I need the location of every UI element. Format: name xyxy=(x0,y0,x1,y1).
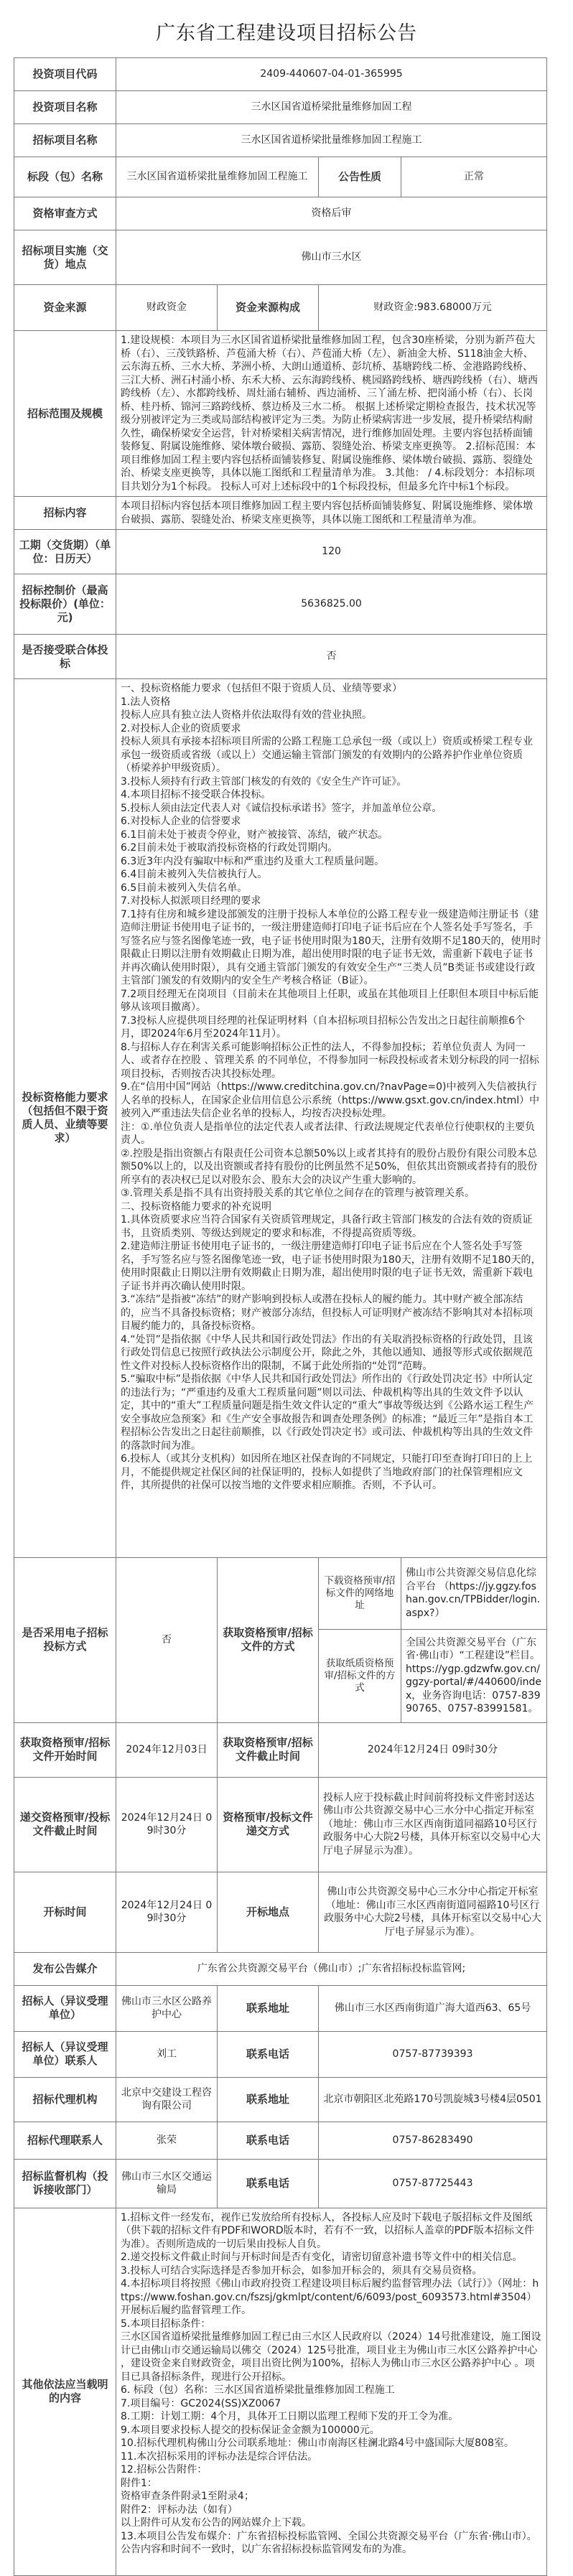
row-consortium: 是否接受联合体投标 否 xyxy=(14,635,547,679)
qualification-line: 3.投标人须持有行政主管部门核发的有效的《安全生产许可证》。 xyxy=(121,775,542,789)
label-supervisor-phone: 联系电话 xyxy=(218,2159,319,2208)
qualification-line: 投标人须具有承接本招标项目所需的公路工程施工总承包一级（或以上）资质或桥梁工程专… xyxy=(121,735,542,775)
row-project-code: 投资项目代码 2409-440607-04-01-365995 xyxy=(14,58,547,91)
label-paper-docs: 获取纸质资格预审/招标文件的方式 xyxy=(319,1629,401,1722)
qualification-line: 5.“骗取中标”是指依据《中华人民共和国行政处罚法》所作出的《行政处罚决定书》中… xyxy=(121,1373,542,1452)
qualification-line: 6.对投标人企业的信誉要求 xyxy=(121,815,542,829)
other-line: 13.本项目公告发布媒介：广东省招标投标监管网、全国公共资源交易平台（广东省·佛… xyxy=(121,2530,542,2544)
value-section: 三水区国省道桥梁批量维修加固工程施工 xyxy=(116,157,319,197)
other-line: 附件1： xyxy=(121,2477,542,2491)
row-qualification: 投标资格能力要求（包括但不限于资质人员、业绩等要求） 一、投标资格能力要求（包括… xyxy=(14,679,547,1558)
label-funding: 资金来源 xyxy=(14,285,116,331)
label-agency-address: 联系地址 xyxy=(218,2077,319,2122)
row-tenderer: 招标人（异议受理单位） 佛山市三水区公路养护中心 联系地址 佛山市三水区西南街道… xyxy=(14,1985,547,2031)
qualification-line: 一、投标资格能力要求（包括但不限于资质人员、业绩等要求） xyxy=(121,682,542,696)
row-section: 标段（包）名称 三水区国省道桥梁批量维修加固工程施工 公告性质 正常 xyxy=(14,157,547,197)
label-funding-composition: 资金来源构成 xyxy=(218,285,319,331)
label-tender-name: 招标项目名称 xyxy=(14,124,116,157)
notice-table: 投资项目代码 2409-440607-04-01-365995 投资项目名称 三… xyxy=(14,57,547,2576)
qualification-line: 3.“冻结”是指被“冻结”的财产影响到投标人或潜在投标人的履约能力。其中财产被全… xyxy=(121,1293,542,1333)
other-line: 9.本项目要求投标人提交的投标保证金金额为100000元。 xyxy=(121,2424,542,2437)
value-agency-contact: 张荣 xyxy=(116,2122,218,2159)
qualification-line: 注：①.单位负责人是指单位的法定代表人或者法律、行政法规规定代表单位行使职权的主… xyxy=(121,1121,542,1147)
qualification-line: 二、投标资格能力要求的补充说明 xyxy=(121,1200,542,1214)
page-title: 广东省工程建设项目招标公告 xyxy=(0,0,573,57)
value-review: 资格后审 xyxy=(116,197,547,230)
row-scope: 招标范围及规模 1.建设规模：本项目为三水区国省道桥梁批量维修加固工程，包含30… xyxy=(14,331,547,497)
value-qualification: 一、投标资格能力要求（包括但不限于资质人员、业绩等要求） 1.法人资格 投标人应… xyxy=(116,679,547,1558)
qualification-line: 7.2项目经理无在岗项目（目前未在其他项目上任职，或虽在其他项目上任职但本项目中… xyxy=(121,988,542,1014)
label-agency: 招标代理机构 xyxy=(14,2077,116,2122)
qualification-line: 6.3近3年内没有骗取中标和严重违约及重大工程质量问题。 xyxy=(121,855,542,869)
value-funding: 财政资金 xyxy=(116,285,218,331)
qualification-line: 8.与招标人存在利害关系可能影响招标公正性的法人，不得参加投标；若单位负责人 为… xyxy=(121,1041,542,1081)
qualification-line: 4.“处罚”是指依据《中华人民共和国行政处罚法》作出的有关取消投标资格的行政处罚… xyxy=(121,1333,542,1373)
row-opening: 开标时间 2024年12月24日 09时30分 开标地点 佛山市公共资源交易中心… xyxy=(14,1872,547,1952)
label-content: 招标内容 xyxy=(14,497,116,530)
other-line: 以上附件可从发布公告的网站媒介上下载。 xyxy=(121,2516,542,2530)
row-duration: 工期（交货期）（单位：日历天） 120 xyxy=(14,530,547,574)
value-other: 1.招标文件一经发布，视作已发放给所有投标人，各投标人应及时下载电子版招标文件及… xyxy=(116,2208,547,2575)
row-invest-name: 投资项目名称 三水区国省道桥梁批量维修加固工程 xyxy=(14,91,547,124)
value-invest-name: 三水区国省道桥梁批量维修加固工程 xyxy=(116,91,547,124)
label-obtain-method: 获取资格预审/招标文件的方式 xyxy=(218,1557,319,1722)
other-line: 10.招标代理机构佛山分公司联系地址：佛山市南海区桂澜北路4号中盛国际大厦808… xyxy=(121,2437,542,2450)
label-agency-contact: 招标代理联系人 xyxy=(14,2122,116,2159)
qualification-line: 6.投标人（或其分支机构）如因所在地区社保查询的不同规定，只能打印至查询打印日的… xyxy=(121,1452,542,1493)
row-funding: 资金来源 财政资金 资金来源构成 财政资金:983.68000万元 xyxy=(14,285,547,331)
row-content: 招标内容 本项目招标内容包括本项目维修加固工程主要内容包括桥面铺装修复、附属设施… xyxy=(14,497,547,530)
value-download-url[interactable]: 佛山市公共资源交易信息化综合平台 （https://jy.ggzy.foshan… xyxy=(401,1557,547,1629)
value-submit-method: 投标人应于投标截止时间前将投标文件密封送达佛山市公共资源交易中心三水分中心指定开… xyxy=(319,1777,547,1872)
qualification-line: 4.本项目招标不接受联合体投标。 xyxy=(121,788,542,802)
other-line: 1.招标文件一经发布，视作已发放给所有投标人，各投标人应及时下载电子版招标文件及… xyxy=(121,2211,542,2251)
value-supervisor: 佛山市三水区交通运输局 xyxy=(116,2159,218,2208)
other-line: 6. 标段（包）名称：三水区国省道桥梁批量维修加固工程施工 xyxy=(121,2384,542,2397)
row-electronic: 是否采用电子招标投标方式 否 获取资格预审/招标文件的方式 下载资格预审/招标文… xyxy=(14,1557,547,1629)
qualification-line: 1.法人资格 xyxy=(121,696,542,709)
qualification-line: 7.3投标人应提供项目经理的社保证明材料（自本招标项目招标公告发出之日起往前顺推… xyxy=(121,1014,542,1041)
label-qualification: 投标资格能力要求（包括但不限于资质人员、业绩等要求） xyxy=(14,679,116,1558)
other-line: 三水区国省道桥梁批量维修加固工程已由三水区人民政府以（2024）14号批准建设，… xyxy=(121,2330,542,2384)
row-other: 其他依法应当载明的内容 1.招标文件一经发布，视作已发放给所有投标人，各投标人应… xyxy=(14,2208,547,2575)
label-invest-name: 投资项目名称 xyxy=(14,91,116,124)
other-line: 12.招标公告附件： xyxy=(121,2463,542,2477)
label-tenderer: 招标人（异议受理单位） xyxy=(14,1985,116,2031)
row-obtain-time: 获取资格预审/招标文件开始时间 2024年12月03日 获取资格预审/招标文件截… xyxy=(14,1722,547,1777)
other-line: 8.工期：计划工期：4个月，具体开工日期以监理工程师下发的开工令为准。 xyxy=(121,2410,542,2424)
label-supervisor: 招标监督机构（投诉接收部门） xyxy=(14,2159,116,2208)
value-content: 本项目招标内容包括本项目维修加固工程主要内容包括桥面铺装修复、附属设施维修、梁体… xyxy=(116,497,547,530)
other-line: 11.本次招标采用的评标办法是综合评估法。 xyxy=(121,2450,542,2464)
label-tenderer-phone: 联系电话 xyxy=(218,2031,319,2077)
label-opening-place: 开标地点 xyxy=(218,1872,319,1952)
value-notice-nature: 正常 xyxy=(401,157,547,197)
other-line: 公告内容和时间不一致时，以广东省招标投标监管网发布的为准。 xyxy=(121,2543,542,2557)
row-agency: 招标代理机构 北京中交建设工程咨询有限公司 联系地址 北京市朝阳区北苑路170号… xyxy=(14,2077,547,2122)
label-duration: 工期（交货期）（单位：日历天） xyxy=(14,530,116,574)
qualification-line: ②.控股是指出资额占有限责任公司资本总额50%以上或者其持有的股份占股份有限公司… xyxy=(121,1147,542,1187)
value-agency-address: 北京市朝阳区北苑路170号凯旋城3号楼4层0501 xyxy=(319,2077,547,2122)
row-review: 资格审查方式 资格后审 xyxy=(14,197,547,230)
value-scope: 1.建设规模：本项目为三水区国省道桥梁批量维修加固工程，包含30座桥梁，分别为新… xyxy=(116,331,547,497)
qualification-line: 2.对投标人企业的资质要求 xyxy=(121,722,542,736)
value-paper-docs[interactable]: 全国公共资源交易平台（广东省·佛山市）“工程建设”栏目。https://ygp.… xyxy=(401,1629,547,1722)
other-line: 4.本招标项目将按照《佛山市政府投资工程建设项目标后履约监督管理办法（试行）》（… xyxy=(121,2277,542,2318)
label-other: 其他依法应当载明的内容 xyxy=(14,2208,116,2575)
label-media: 发布公告媒介 xyxy=(14,1952,116,1985)
qualification-line: 6.2目前未处于被取消投标资格的行政处罚期内。 xyxy=(121,841,542,855)
qualification-line: 投标人应具有独立法人资格并依法取得有效的营业执照。 xyxy=(121,709,542,722)
label-obtain-start: 获取资格预审/招标文件开始时间 xyxy=(14,1722,116,1777)
qualification-line: 5.投标人须由法定代表人对《诚信投标承诺书》签字，并加盖单位公章。 xyxy=(121,802,542,816)
other-line: 附件2：评标办法（如有） xyxy=(121,2503,542,2517)
value-agency: 北京中交建设工程咨询有限公司 xyxy=(116,2077,218,2122)
label-submit-method: 资格预审/投标文件递交方式 xyxy=(218,1777,319,1872)
value-submit-deadline: 2024年12月24日 09时30分 xyxy=(116,1777,218,1872)
value-supervisor-phone: 0757-87725443 xyxy=(319,2159,547,2208)
value-tender-name: 三水区国省道桥梁批量维修加固工程施工 xyxy=(116,124,547,157)
label-price-cap: 招标控制价（最高投标限价）(单位：元) xyxy=(14,574,116,635)
label-notice-nature: 公告性质 xyxy=(319,157,401,197)
label-project-code: 投资项目代码 xyxy=(14,58,116,91)
value-media: 广东省公共资源交易平台（佛山市）;广东省招标投标监管网; xyxy=(116,1952,547,1985)
label-agency-phone: 联系电话 xyxy=(218,2122,319,2159)
value-electronic: 否 xyxy=(116,1557,218,1722)
value-duration: 120 xyxy=(116,530,547,574)
label-tenderer-address: 联系地址 xyxy=(218,1985,319,2031)
value-obtain-end: 2024年12月24日 09时30分 xyxy=(319,1722,547,1777)
value-opening-place: 佛山市公共资源交易中心三水分中心指定开标室（地址：佛山市三水区西南街道同福路10… xyxy=(319,1872,547,1952)
qualification-line: 6.4目前未被列入失信被执行人。 xyxy=(121,868,542,882)
label-obtain-end: 获取资格预审/招标文件截止时间 xyxy=(218,1722,319,1777)
label-opening-time: 开标时间 xyxy=(14,1872,116,1952)
label-submit-deadline: 递交资格预审/投标文件截止时间 xyxy=(14,1777,116,1872)
qualification-line: 2.建造师注册证书使用电子证书的，一级注册建造师打印电子证书后应在个人签名处手写… xyxy=(121,1240,542,1293)
label-download-url: 下载资格预审/招标文件的网络地址 xyxy=(319,1557,401,1629)
other-line: 资格审查条件附录1至附录4； xyxy=(121,2490,542,2503)
row-location: 招标项目实施（交货）地点 佛山市三水区 xyxy=(14,230,547,285)
label-tenderer-contact: 招标人（异议受理单位）联系人 xyxy=(14,2031,116,2077)
qualification-line: 6.1目前未处于被责令停业，财产被接管、冻结，破产状态。 xyxy=(121,829,542,842)
qualification-line: 6.5目前未被列入失信名单。 xyxy=(121,882,542,895)
row-submit: 递交资格预审/投标文件截止时间 2024年12月24日 09时30分 资格预审/… xyxy=(14,1777,547,1872)
row-media: 发布公告媒介 广东省公共资源交易平台（佛山市）;广东省招标投标监管网; xyxy=(14,1952,547,1985)
other-line: 5.本项目招标条件： xyxy=(121,2318,542,2331)
label-section: 标段（包）名称 xyxy=(14,157,116,197)
label-scope: 招标范围及规模 xyxy=(14,331,116,497)
qualification-line: 9.在“信用中国”网站（https://www.creditchina.gov.… xyxy=(121,1081,542,1121)
value-tenderer-contact: 刘工 xyxy=(116,2031,218,2077)
row-tenderer-contact: 招标人（异议受理单位）联系人 刘工 联系电话 0757-87739393 xyxy=(14,2031,547,2077)
label-review: 资格审查方式 xyxy=(14,197,116,230)
value-price-cap: 5636825.00 xyxy=(116,574,547,635)
value-obtain-start: 2024年12月03日 xyxy=(116,1722,218,1777)
row-agency-contact: 招标代理联系人 张荣 联系电话 0757-86283490 xyxy=(14,2122,547,2159)
value-tenderer-phone: 0757-87739393 xyxy=(319,2031,547,2077)
label-location: 招标项目实施（交货）地点 xyxy=(14,230,116,285)
other-line: 2.递交投标文件截止时间与开标时间是否有变化，请密切留意补遗书等文件中的相关信息… xyxy=(121,2251,542,2264)
label-consortium: 是否接受联合体投标 xyxy=(14,635,116,679)
other-line: 7.项目编号：GC2024(SS)XZ0067 xyxy=(121,2397,542,2411)
qualification-line: ③.管理关系是指不具有出资持股关系的其它单位之间存在的管理与被管理关系。 xyxy=(121,1187,542,1200)
row-supervisor: 招标监督机构（投诉接收部门） 佛山市三水区交通运输局 联系电话 0757-877… xyxy=(14,2159,547,2208)
value-project-code: 2409-440607-04-01-365995 xyxy=(116,58,547,91)
value-agency-phone: 0757-86283490 xyxy=(319,2122,547,2159)
row-price-cap: 招标控制价（最高投标限价）(单位：元) 5636825.00 xyxy=(14,574,547,635)
value-opening-time: 2024年12月24日 09时30分 xyxy=(116,1872,218,1952)
value-consortium: 否 xyxy=(116,635,547,679)
other-line: 3.投标人可结合实际选择是否参加开标会，如参加开标会的，须具有交易员资格。 xyxy=(121,2264,542,2278)
qualification-line: 7.1持有住房和城乡建设部颁发的注册于投标人本单位的公路工程专业一级建造师注册证… xyxy=(121,908,542,988)
qualification-line: 1.具体资质要求应当符合国家有关资质管理规定，具备行政主管部门核发的合法有效的资… xyxy=(121,1213,542,1240)
value-location: 佛山市三水区 xyxy=(116,230,547,285)
row-tender-name: 招标项目名称 三水区国省道桥梁批量维修加固工程施工 xyxy=(14,124,547,157)
value-tenderer: 佛山市三水区公路养护中心 xyxy=(116,1985,218,2031)
qualification-line: 7.对投标人拟派项目经理的要求 xyxy=(121,895,542,908)
value-tenderer-address: 佛山市三水区西南街道广海大道西63、65号 xyxy=(319,1985,547,2031)
value-funding-composition: 财政资金:983.68000万元 xyxy=(319,285,547,331)
label-electronic: 是否采用电子招标投标方式 xyxy=(14,1557,116,1722)
